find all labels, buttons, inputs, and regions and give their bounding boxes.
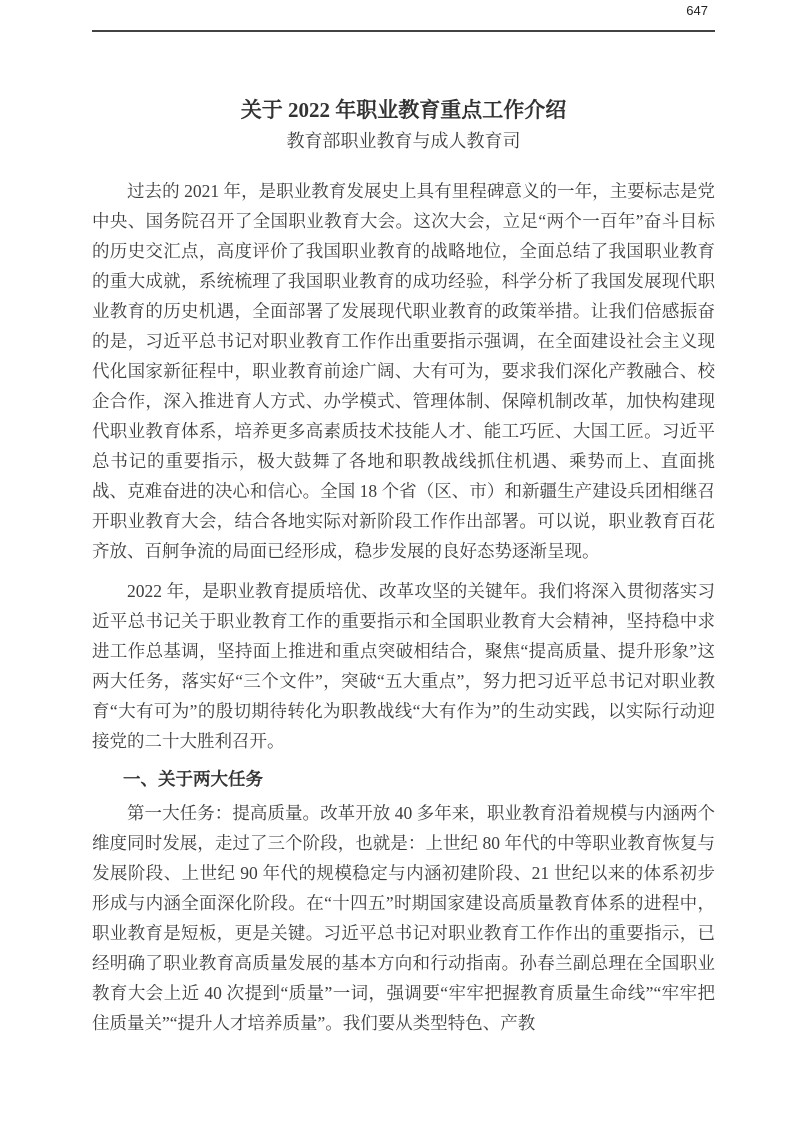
section-heading-two-tasks: 一、关于两大任务 [92,766,715,792]
paragraph-overview-2021: 过去的 2021 年，是职业教育发展史上具有里程碑意义的一年，主要标志是党中央、… [92,176,715,566]
document-page: 647 关于 2022 年职业教育重点工作介绍 教育部职业教育与成人教育司 过去… [0,0,793,1122]
document-content: 关于 2022 年职业教育重点工作介绍 教育部职业教育与成人教育司 过去的 20… [92,96,715,1048]
page-number: 647 [92,3,708,18]
document-title: 关于 2022 年职业教育重点工作介绍 [92,96,715,124]
document-subtitle: 教育部职业教育与成人教育司 [92,128,715,154]
paragraph-task-one-quality: 第一大任务：提高质量。改革开放 40 多年来，职业教育沿着规模与内涵两个维度同时… [92,798,715,1038]
header-rule [92,30,715,32]
paragraph-outlook-2022: 2022 年，是职业教育提质培优、改革攻坚的关键年。我们将深入贯彻落实习近平总书… [92,576,715,756]
